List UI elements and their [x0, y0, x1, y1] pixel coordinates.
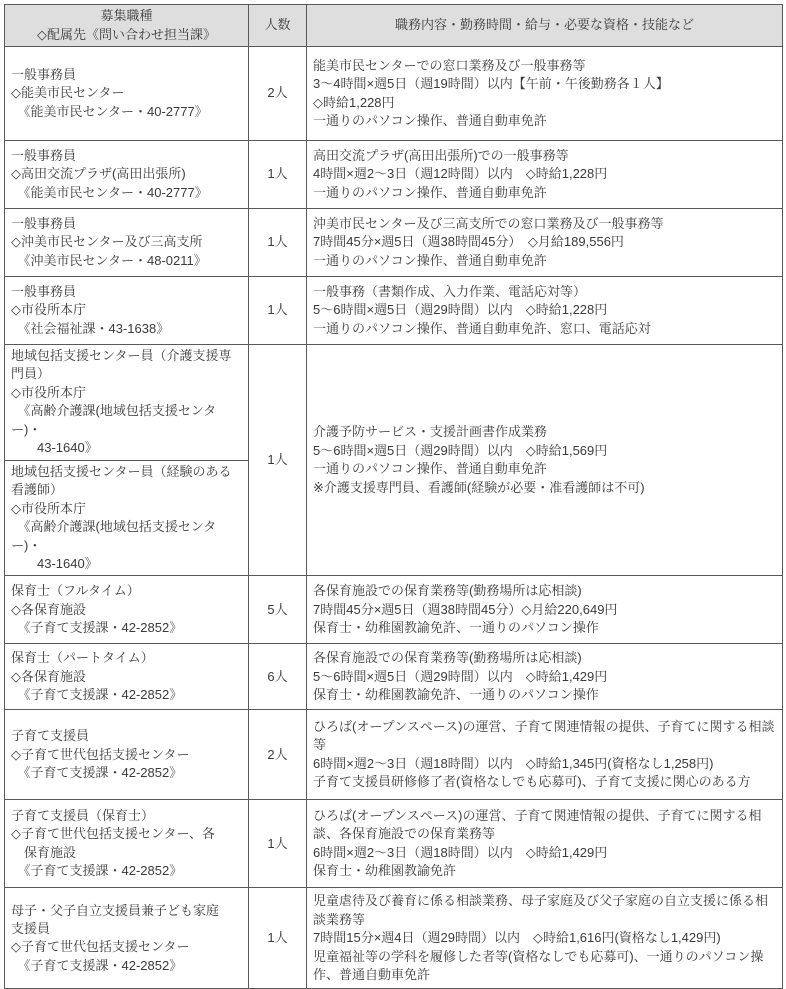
position-cell: 保育士（フルタイム）◇各保育施設 《子育て支援課・42-2852》 — [5, 576, 249, 644]
table-row: 一般事務員◇市役所本庁 《社会福祉課・43-1638》 1人 一般事務（書類作成… — [5, 277, 783, 345]
details-cell: 沖美市民センター及び三高支所での窓口業務及び一般事務等7時間45分×週5日（週3… — [307, 209, 783, 277]
table-row: 母子・父子自立支援員兼子ども家庭支援員◇子育て世代包括支援センター 《子育て支援… — [5, 888, 783, 989]
position-cell: 子育て支援員（保育士）◇子育て世代包括支援センター、各 保育施設 《子育て支援課… — [5, 800, 249, 888]
details-cell: ひろば(オープンスペース)の運営、子育て関連情報の提供、子育てに関する相談、各保… — [307, 800, 783, 888]
job-recruitment-table: 募集職種◇配属先《問い合わせ担当課》 人数 職務内容・勤務時間・給与・必要な資格… — [4, 4, 783, 989]
table-row: 一般事務員◇能美市民センター 《能美市民センター・40-2777》 2人 能美市… — [5, 47, 783, 141]
details-cell: 児童虐待及び養育に係る相談業務、母子家庭及び父子家庭の自立支援に係る相談業務等7… — [307, 888, 783, 989]
headcount-cell: 1人 — [249, 277, 307, 345]
headcount-cell: 1人 — [249, 141, 307, 209]
headcount-cell: 2人 — [249, 47, 307, 141]
header-row: 募集職種◇配属先《問い合わせ担当課》 人数 職務内容・勤務時間・給与・必要な資格… — [5, 5, 783, 47]
header-details-cell: 職務内容・勤務時間・給与・必要な資格・技能など — [307, 5, 783, 47]
details-cell: 一般事務（書類作成、入力作業、電話応対等）5〜6時間×週5日（週29時間）以内 … — [307, 277, 783, 345]
table-row: 一般事務員◇高田交流プラザ(高田出張所) 《能美市民センター・40-2777》 … — [5, 141, 783, 209]
position-cell-nurse: 地域包括支援センター員（経験のある看護師）◇市役所本庁 《高齢介護課(地域包括支… — [5, 460, 249, 576]
headcount-cell: 5人 — [249, 576, 307, 644]
position-cell: 一般事務員◇沖美市民センター及び三高支所 《沖美市民センター・48-0211》 — [5, 209, 249, 277]
position-cell: 子育て支援員◇子育て世代包括支援センター 《子育て支援課・42-2852》 — [5, 710, 249, 800]
details-cell: 各保育施設での保育業務等(勤務場所は応相談)7時間45分×週5日（週38時間45… — [307, 576, 783, 644]
details-cell: 能美市民センターでの窓口業務及び一般事務等3〜4時間×週5日（週19時間）以内【… — [307, 47, 783, 141]
header-count-cell: 人数 — [249, 5, 307, 47]
details-cell: 各保育施設での保育業務等(勤務場所は応相談)5〜6時間×週5日（週29時間）以内… — [307, 644, 783, 710]
headcount-cell: 1人 — [249, 209, 307, 277]
table-row: 保育士（パートタイム）◇各保育施設 《子育て支援課・42-2852》 6人 各保… — [5, 644, 783, 710]
headcount-cell: 1人 — [249, 888, 307, 989]
position-cell: 保育士（パートタイム）◇各保育施設 《子育て支援課・42-2852》 — [5, 644, 249, 710]
position-cell: 一般事務員◇高田交流プラザ(高田出張所) 《能美市民センター・40-2777》 — [5, 141, 249, 209]
headcount-cell: 6人 — [249, 644, 307, 710]
table-row: 子育て支援員（保育士）◇子育て世代包括支援センター、各 保育施設 《子育て支援課… — [5, 800, 783, 888]
table-row: 一般事務員◇沖美市民センター及び三高支所 《沖美市民センター・48-0211》 … — [5, 209, 783, 277]
details-cell: 高田交流プラザ(高田出張所)での一般事務等4時間×週2〜3日（週12時間）以内 … — [307, 141, 783, 209]
position-cell-care-manager: 地域包括支援センター員（介護支援専門員）◇市役所本庁 《高齢介護課(地域包括支援… — [5, 345, 249, 461]
table-row: 保育士（フルタイム）◇各保育施設 《子育て支援課・42-2852》 5人 各保育… — [5, 576, 783, 644]
table-row: 地域包括支援センター員（介護支援専門員）◇市役所本庁 《高齢介護課(地域包括支援… — [5, 345, 783, 461]
position-cell: 一般事務員◇能美市民センター 《能美市民センター・40-2777》 — [5, 47, 249, 141]
details-cell: 介護予防サービス・支援計画書作成業務5〜6時間×週5日（週29時間）以内 ◇時給… — [307, 345, 783, 576]
header-position-cell: 募集職種◇配属先《問い合わせ担当課》 — [5, 5, 249, 47]
headcount-cell: 1人 — [249, 800, 307, 888]
table-row: 子育て支援員◇子育て世代包括支援センター 《子育て支援課・42-2852》 2人… — [5, 710, 783, 800]
position-cell: 一般事務員◇市役所本庁 《社会福祉課・43-1638》 — [5, 277, 249, 345]
headcount-cell: 1人 — [249, 345, 307, 576]
headcount-cell: 2人 — [249, 710, 307, 800]
position-cell: 母子・父子自立支援員兼子ども家庭支援員◇子育て世代包括支援センター 《子育て支援… — [5, 888, 249, 989]
details-cell: ひろば(オープンスペース)の運営、子育て関連情報の提供、子育てに関する相談等6時… — [307, 710, 783, 800]
